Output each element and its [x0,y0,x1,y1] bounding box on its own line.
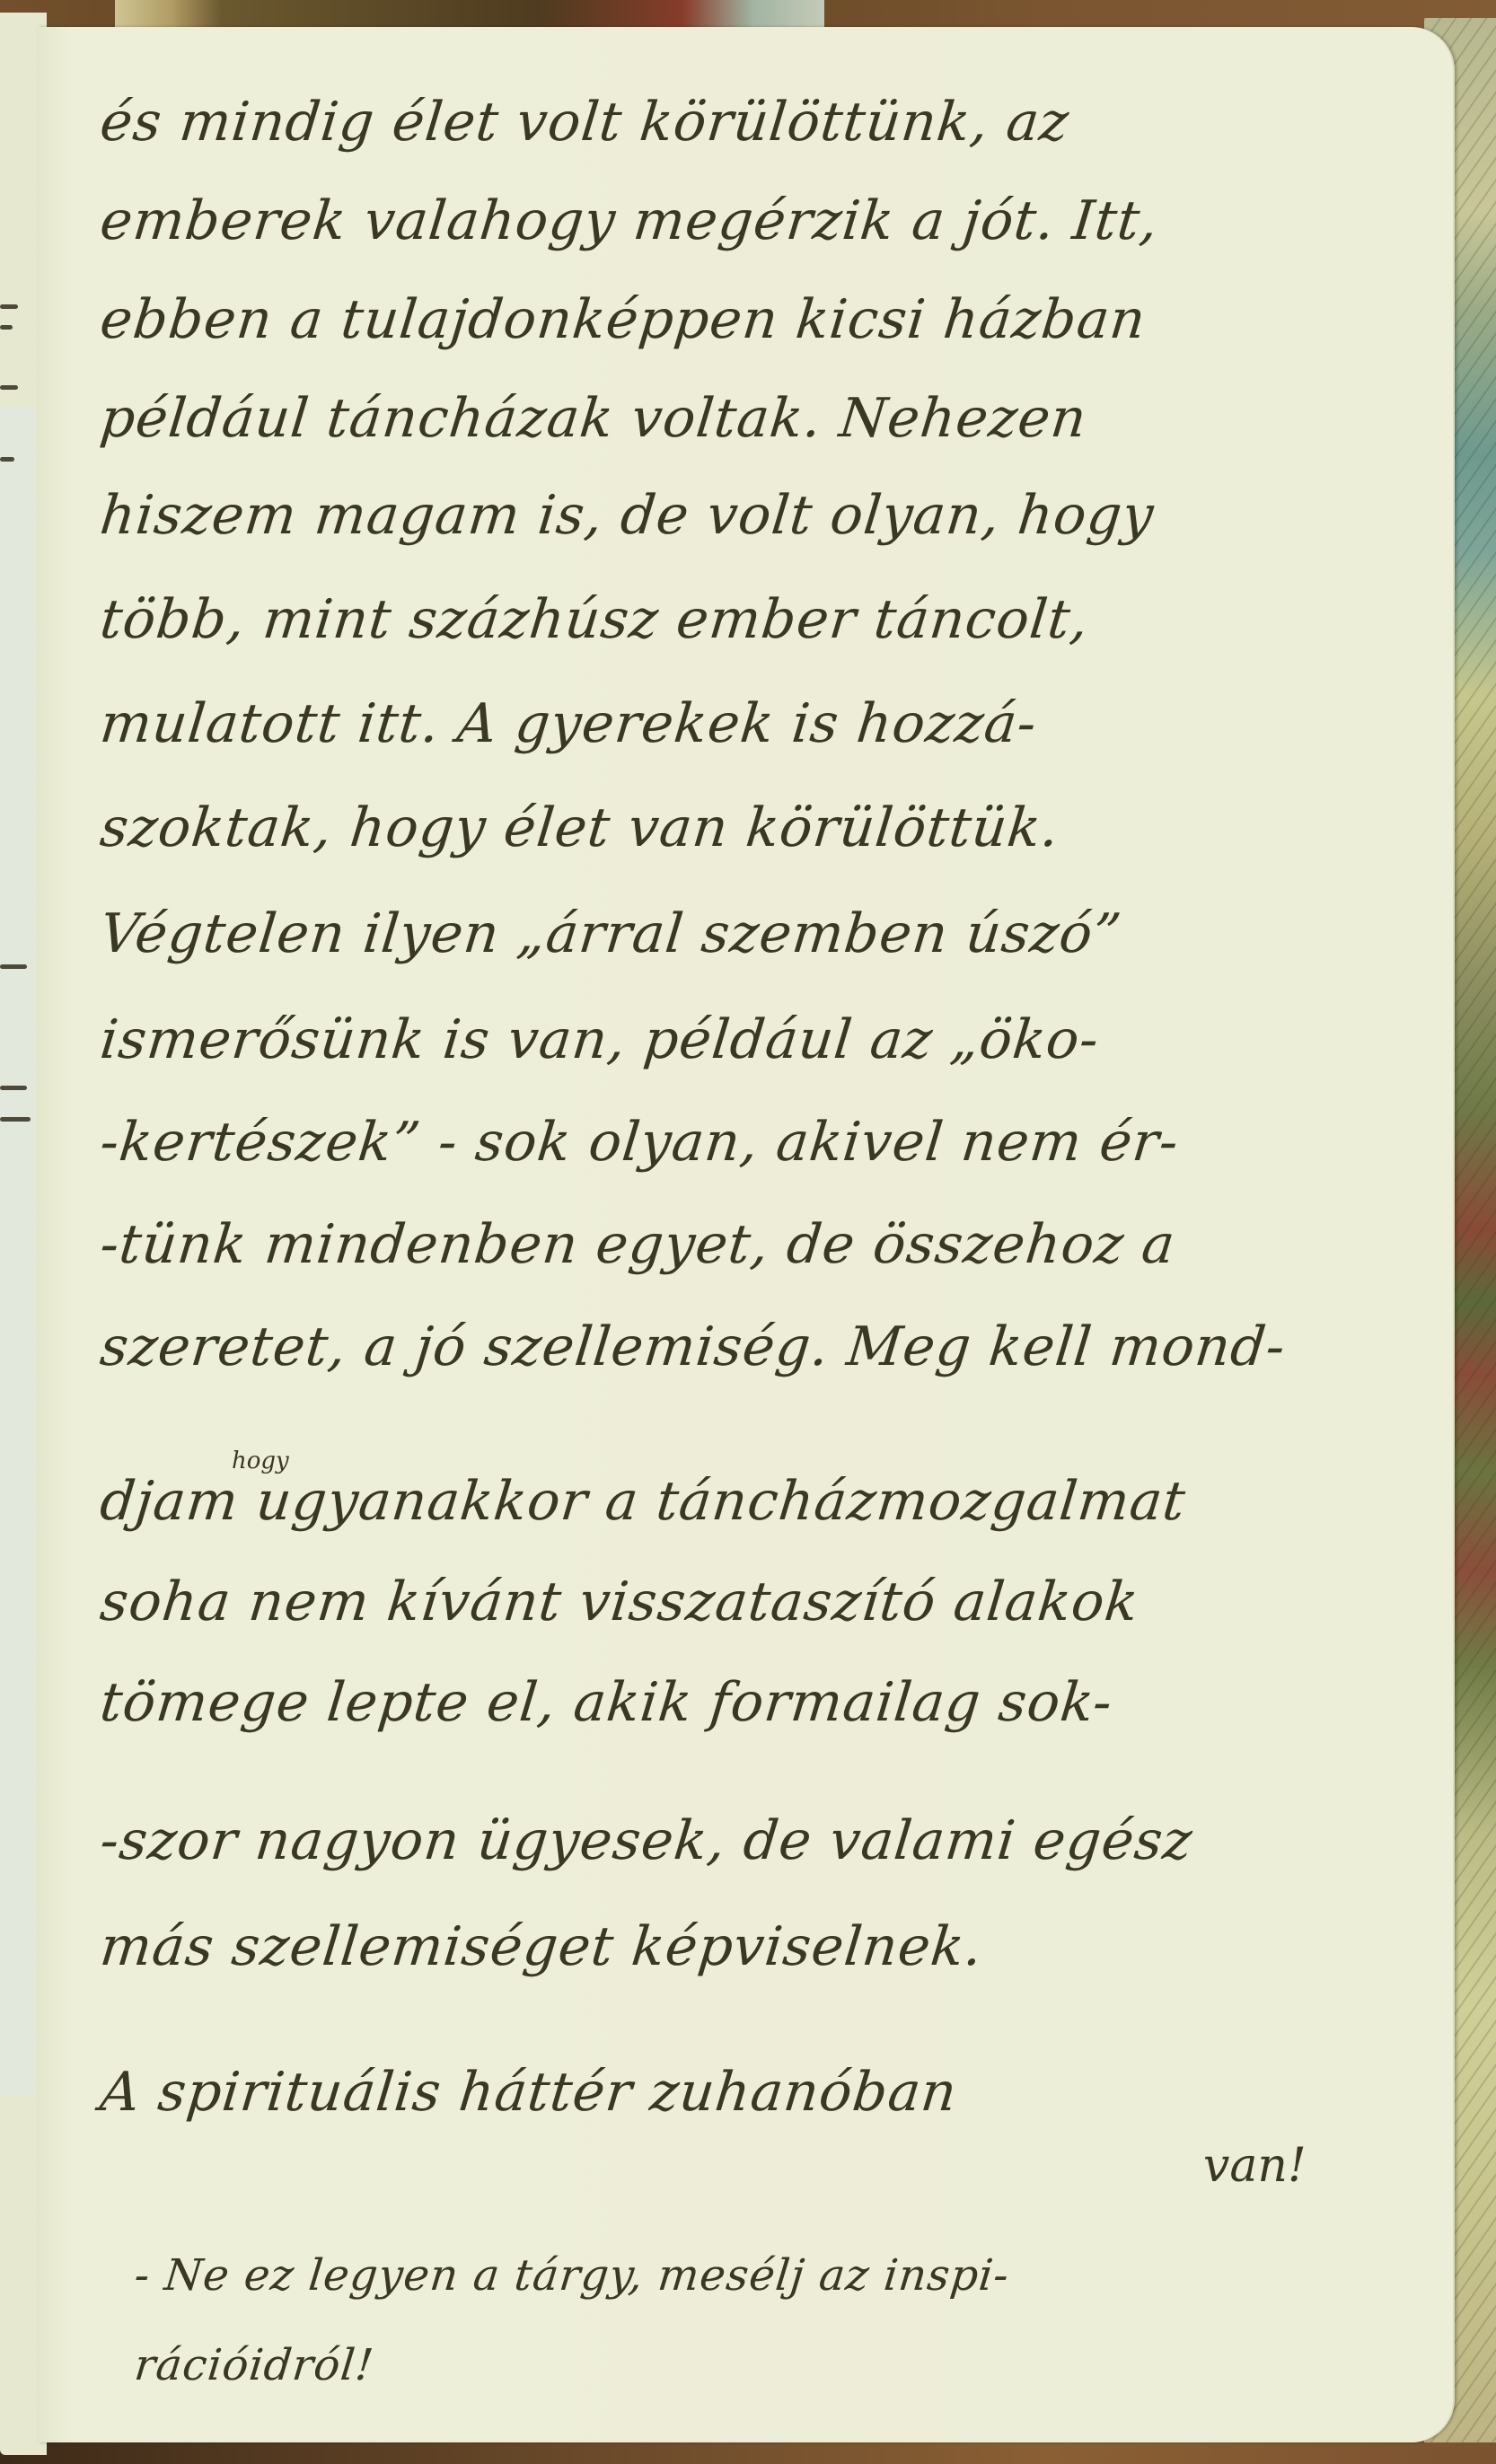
top-photo-strip [115,0,824,27]
text-line: ismerősünk is van, például az „öko- [98,1013,1102,1067]
text-line: emberek valahogy megérzik a jót. Itt, [98,194,1161,248]
sketch-mark [0,1117,31,1122]
text-line: több, mint százhúsz ember táncolt, [98,593,1092,647]
text-line: más szellemiséget képviselnek. [98,1920,986,1974]
text-line: ebben a tulajdonképpen kicsi házban [98,293,1148,347]
text-line: djam ugyanakkor a táncházmozgalmat [98,1474,1189,1528]
text-line: -szor nagyon ügyesek, de valami egész [98,1814,1195,1868]
text-line: A spirituális háttér zuhanóban [98,2065,960,2119]
notebook-page: és mindig élet volt körülöttünk, az embe… [36,27,1453,2442]
text-line: mulatott itt. A gyerekek is hozzá- [98,697,1040,751]
sketch-mark [0,385,18,390]
sketch-mark [0,964,27,969]
text-line: hiszem magam is, de volt olyan, hogy [98,488,1157,542]
text-line: és mindig élet volt körülöttünk, az [98,95,1072,149]
sketch-mark [0,304,18,309]
text-line: szeretet, a jó szellemiség. Meg kell mon… [98,1320,1289,1374]
text-line: szoktak, hogy élet van körülöttük. [98,801,1062,855]
text-line: soha nem kívánt visszataszító alakok [98,1575,1141,1629]
text-line: például táncházak voltak. Nehezen [98,392,1089,445]
sketch-mark [0,457,14,462]
line-continuation: van! [1203,2139,1307,2193]
text-line: Végtelen ilyen „árral szemben úszó” [98,907,1124,961]
text-line: -tünk mindenben egyet, de összehoz a [98,1218,1178,1272]
text-line: - Ne ez legyen a tárgy, mesélj az inspi- [132,2254,1011,2297]
sketch-mark [0,1086,27,1090]
sketch-mark [0,325,13,330]
text-line: tömege lepte el, akik formailag sok- [98,1676,1115,1729]
text-line: rációidról! [132,2344,375,2387]
text-line: -kertészek” - sok olyan, akivel nem ér- [98,1115,1182,1169]
